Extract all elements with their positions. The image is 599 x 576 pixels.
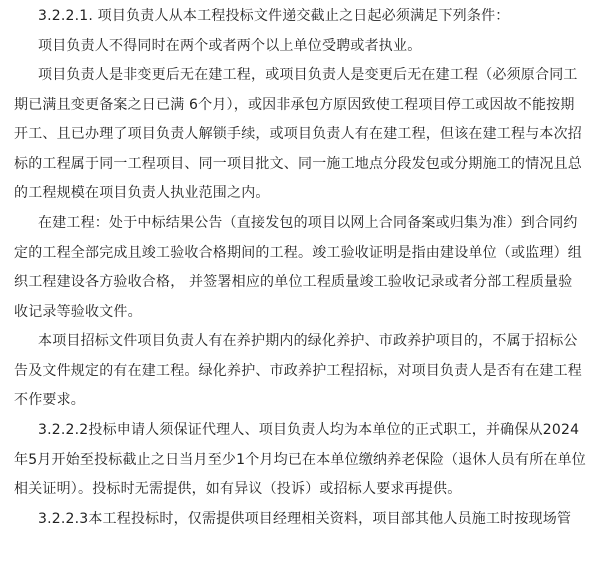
clause-3-2-2-3-line: 3.2.2.3本工程投标时，仅需提供项目经理相关资料，项目部其他人员施工时按现场… — [38, 504, 571, 534]
paragraph-no-dual-employment: 项目负责人不得同时在两个或者两个以上单位受聘或者执业。 — [38, 31, 421, 61]
paragraph-no-ongoing-project-line: 期已满且变更备案之日已满 6个月），或因非承包方原因致使工程项目停工或因故不能按… — [14, 90, 575, 120]
paragraph-no-ongoing-project-line: 项目负责人是非变更后无在建工程，或项目负责人是变更后无在建工程（必须原合同工 — [38, 60, 578, 90]
paragraph-maintenance-exception-line: 不作要求。 — [14, 385, 85, 415]
clause-3-2-2-1-heading: 3.2.2.1. 项目负责人从本工程投标文件递交截止之日起必须满足下列条件： — [38, 1, 509, 31]
clause-3-2-2-2-line: 相关证明）。投标时无需提供，如有异议（投诉）或招标人要求再提供。 — [14, 474, 461, 504]
paragraph-maintenance-exception-line: 本项目招标文件项目负责人有在养护期内的绿化养护、市政养护项目的，不属于招标公 — [38, 326, 578, 356]
paragraph-ongoing-project-definition-line: 定的工程全部完成且竣工验收合格期间的工程。竣工验收证明是指由建设单位（或监理）组 — [14, 238, 582, 268]
clause-3-2-2-2-line: 3.2.2.2投标申请人须保证代理人、项目负责人均为本单位的正式职工，并确保从2… — [38, 415, 579, 445]
paragraph-no-ongoing-project-line: 标的工程属于同一工程项目、同一项目批文、同一施工地点分段发包或分期施工的情况且总 — [14, 149, 582, 179]
paragraph-maintenance-exception-line: 告及文件规定的有在建工程。绿化养护、市政养护工程招标，对项目负责人是否有在建工程 — [14, 356, 582, 386]
paragraph-no-ongoing-project-line: 开工、且已办理了项目负责人解锁手续，或项目负责人有在建工程，但该在建工程与本次招 — [14, 119, 582, 149]
paragraph-ongoing-project-definition-line: 在建工程：处于中标结果公告（直接发包的项目以网上合同备案或归集为准）到合同约 — [38, 208, 578, 238]
paragraph-ongoing-project-definition-line: 织工程建设各方验收合格， 并签署相应的单位工程质量竣工验收记录或者分部工程质量验 — [14, 267, 572, 297]
paragraph-ongoing-project-definition-line: 收记录等验收文件。 — [14, 297, 142, 327]
clause-3-2-2-2-line: 年5月开始至投标截止之日当月至少1个月均已在本单位缴纳养老保险（退休人员有所在单… — [14, 445, 586, 475]
document-page: 3.2.2.1. 项目负责人从本工程投标文件递交截止之日起必须满足下列条件： 项… — [0, 1, 599, 576]
paragraph-no-ongoing-project-line: 的工程规模在项目负责人执业范围之内。 — [14, 178, 270, 208]
